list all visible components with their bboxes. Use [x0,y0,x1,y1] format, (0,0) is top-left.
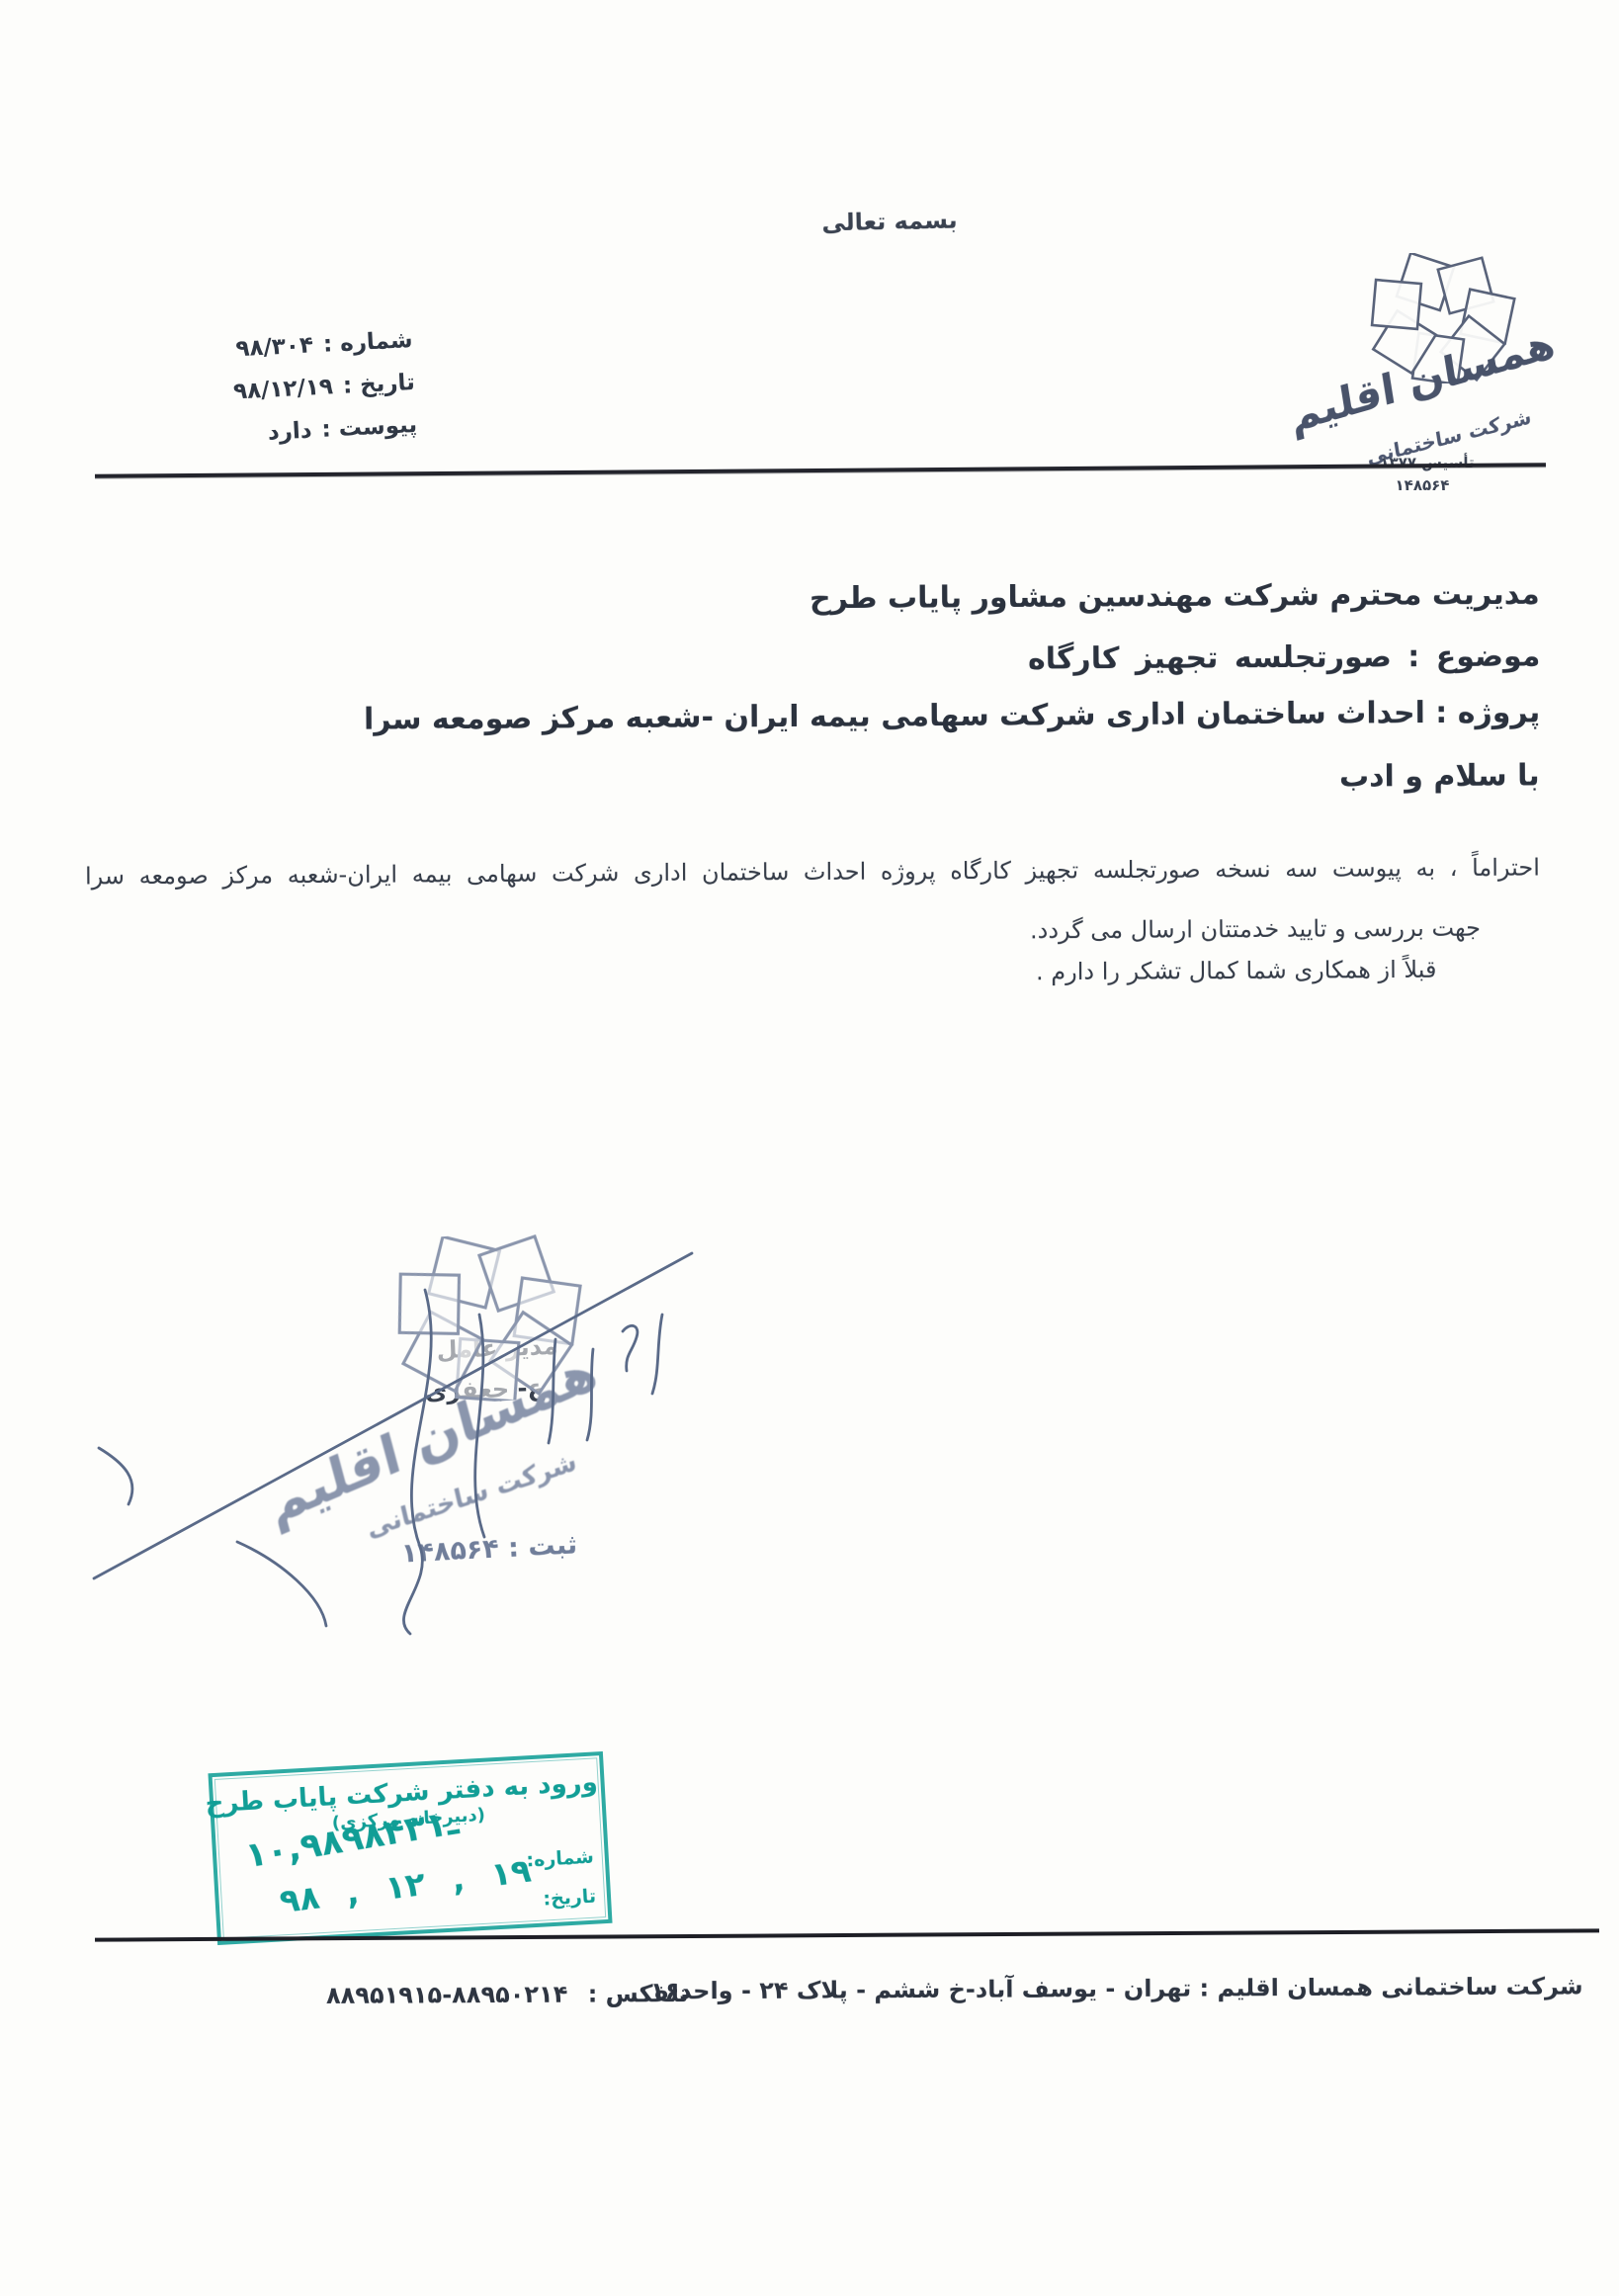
subject-line: موضوع : صورتجلسه تجهیز کارگاه [1028,638,1541,676]
body-line-3: قبلاً از همکاری شما کمال تشکر را دارم . [1035,956,1436,985]
telefax-numbers: ۸۸۹۵۱۹۱۵-۸۸۹۵۰۲۱۴ [326,1981,567,2009]
addressee-line: مدیریت محترم شرکت مهندسین مشاور پایاب طر… [809,577,1540,617]
body-line-2: جهت بررسی و تایید خدمتتان ارسال می گردد. [1030,914,1481,945]
body-line-1: احتراماً ، به پیوست سه نسخه صورتجلسه تجه… [85,854,1540,891]
attachment-value: دارد [267,409,313,454]
date-label: تاریخ : [342,362,416,408]
project-line: پروژه : احداث ساختمان اداری شرکت سهامی ب… [364,695,1540,736]
letter-meta-block: شماره : ۹۸/۳۰۴ تاریخ : ۹۸/۱۲/۱۹ پیوست : … [145,319,418,461]
salutation-line: با سلام و ادب [1339,758,1540,794]
number-value: ۹۸/۳۰۴ [234,324,314,371]
received-stamp-inner-border: ورود به دفتر شرکت پایاب طرح (دبیرخانه مر… [214,1757,606,1938]
number-label: شماره : [322,319,414,367]
header-divider-line [95,463,1546,478]
footer-telefax: تلفکس : ۸۸۹۵۱۹۱۵-۸۸۹۵۰۲۱۴ [326,1980,689,2009]
bismillah-heading: بسمه تعالی [791,206,989,237]
received-number-label: شماره: [526,1846,594,1872]
handwritten-signature [69,1221,761,1646]
attachment-label: پیوست : [320,404,418,452]
date-value: ۹۸/۱۲/۱۹ [232,366,334,413]
telefax-label: تلفکس : [588,1980,689,2008]
received-stamp: ورود به دفتر شرکت پایاب طرح (دبیرخانه مر… [208,1751,612,1945]
scanned-letter-page: بسمه تعالی شماره : ۹۸/۳۰۴ تاریخ : ۹۸/۱۲/… [0,0,1619,2296]
footer-company-address: شرکت ساختمانی همسان اقلیم : تهران - یوسف… [650,1973,1583,2005]
letterhead-registration-number: ۱۴۸۵۶۴ [1368,476,1477,494]
received-date-label: تاریخ: [543,1886,597,1911]
